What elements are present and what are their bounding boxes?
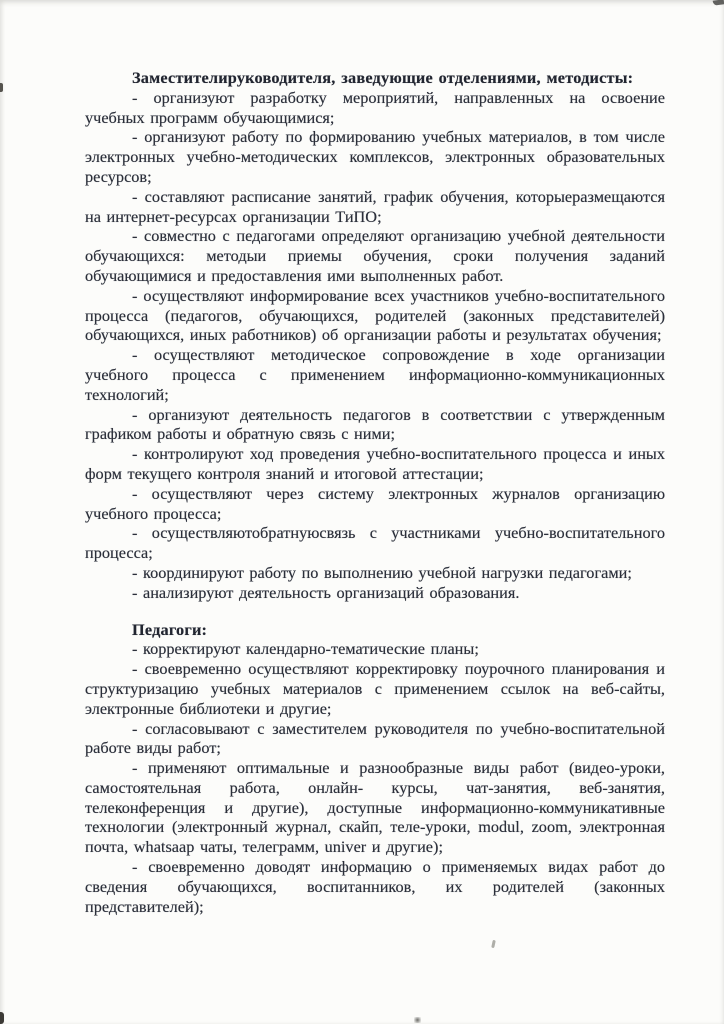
list-item: - своевременно осуществляют корректировк… [85,659,665,718]
scan-artifact-left-edge [0,83,3,92]
list-item: - осуществляют методическое сопровождени… [85,345,665,404]
section-heading-deputies: Заместителируководителя, заведующие отде… [85,68,665,88]
list-item: - совместно с педагогами определяют орга… [85,226,665,285]
list-item: - осуществляют информирование всех участ… [85,286,665,345]
scanned-document-page: Заместителируководителя, заведующие отде… [0,0,724,1024]
list-item: - координируют работу по выполнению учеб… [85,563,665,583]
scan-artifact-small-mark [491,940,496,948]
list-item: - анализируют деятельность организаций о… [85,583,665,603]
scan-artifact-bottom-speck [414,1017,421,1023]
section-heading-teachers: Педагоги: [85,620,665,640]
list-item: - организуют разработку мероприятий, нап… [85,88,665,128]
list-item: - корректируют календарно-тематические п… [85,639,665,659]
document-text-block: Заместителируководителя, заведующие отде… [85,68,665,916]
list-item: - согласовывают с заместителем руководит… [85,719,665,759]
list-item: - организуют работу по формированию учеб… [85,127,665,186]
list-item: - составляют расписание занятий, график … [85,187,665,227]
list-item: - применяют оптимальные и разнообразные … [85,758,665,857]
list-item: - организуют деятельность педагогов в со… [85,405,665,445]
scan-artifact-top-right [713,0,724,6]
list-item: - контролируют ход проведения учебно-вос… [85,444,665,484]
list-item: - своевременно доводят информацию о прим… [85,857,665,916]
list-item: - осуществляютобратнуюсвязь с участникам… [85,523,665,563]
list-item: - осуществляют через систему электронных… [85,484,665,524]
scan-artifact-left-bottom [0,1012,4,1024]
